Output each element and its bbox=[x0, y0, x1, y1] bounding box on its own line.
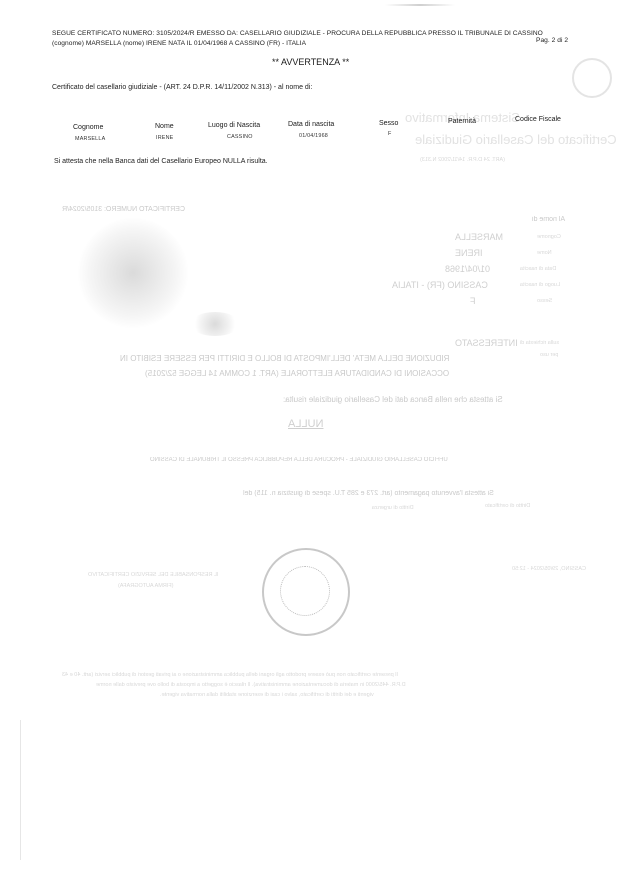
ghost-seal-icon bbox=[262, 548, 350, 636]
ghost-footer-line: Il presente certificato non può essere p… bbox=[62, 672, 398, 678]
column-header-luogo-nascita: Luogo di Nascita bbox=[208, 122, 260, 129]
column-header-nome: Nome bbox=[155, 123, 174, 130]
ghost-signature-speckle bbox=[190, 312, 240, 336]
ghost-fee-a: Diritto di certificato bbox=[485, 503, 530, 509]
ghost-purpose-label: per uso bbox=[540, 352, 558, 358]
column-header-cognome: Cognome bbox=[73, 124, 103, 131]
ghost-signer-line: IL RESPONSABILE DEL SERVIZIO CERTIFICATI… bbox=[88, 572, 218, 578]
scan-edge-line bbox=[20, 720, 21, 860]
ghost-nulla: NULLA bbox=[288, 418, 323, 430]
ghost-purpose-line: OCCASIONI DI CANDIDATURA ELETTORALE (ART… bbox=[145, 369, 449, 378]
ghost-purpose-line: RIDUZIONE DELLA META' DELL'IMPOSTA DI BO… bbox=[120, 354, 449, 363]
ghost-field-value: IRENE bbox=[455, 248, 483, 258]
ghost-usage-value: INTERESSATO bbox=[455, 338, 518, 348]
ghost-field-label: Luogo di nascita bbox=[520, 282, 560, 288]
ghost-attest-line: Si attesta che nella Banca dati del Case… bbox=[283, 395, 503, 404]
column-header-codice-fiscale: Codice Fiscale bbox=[515, 116, 561, 123]
ghost-emblem-icon bbox=[572, 58, 612, 98]
ghost-footer-line: D.P.R. 445/2000 in materia di documentaz… bbox=[96, 682, 406, 688]
ghost-cert-number: CERTIFICATO NUMERO: 3105/2024/R bbox=[62, 206, 185, 213]
ghost-fee-b: Diritto di urgenza bbox=[372, 505, 414, 511]
ghost-fee-line: Si attesta l'avvenuto pagamento (art. 27… bbox=[243, 490, 494, 497]
ghost-watermark-art: (ART. 24 D.P.R. 14/11/2002 N.313) bbox=[420, 157, 505, 163]
header-line-person: (cognome) MARSELLA (nome) IRENE NATA IL … bbox=[52, 40, 306, 47]
attestation-text: Si attesta che nella Banca dati del Case… bbox=[54, 158, 268, 165]
ghost-field-value: CASSINO (FR) - ITALIA bbox=[392, 280, 488, 290]
cell-nome: IRENE bbox=[156, 135, 173, 141]
ghost-field-label: Nome bbox=[537, 250, 552, 256]
ghost-footer-line: vigenti e dei diritti di certificato, sa… bbox=[160, 692, 374, 698]
cell-data-nascita: 01/04/1968 bbox=[299, 133, 328, 139]
ghost-field-value: MARSELLA bbox=[455, 232, 503, 242]
ghost-al-nome-di: Al nome di bbox=[532, 216, 565, 223]
column-header-data-nascita: Data di nascita bbox=[288, 121, 334, 128]
cell-sesso: F bbox=[388, 131, 392, 137]
ghost-stamp-speckle bbox=[78, 218, 188, 328]
warning-intro: Certificato del casellario giudiziale - … bbox=[52, 84, 312, 91]
ghost-field-label: Data di nascita bbox=[520, 266, 556, 272]
ghost-office-line: UFFICIO CASELLARIO GIUDIZIALE - PROCURA … bbox=[150, 457, 448, 463]
column-header-paternita: Paternità bbox=[448, 118, 476, 125]
ghost-usage-label: sulla richiesta di bbox=[520, 340, 559, 346]
scan-smudge bbox=[385, 4, 455, 6]
page-number: Pag. 2 di 2 bbox=[536, 37, 568, 44]
ghost-field-value: F bbox=[470, 296, 476, 306]
header-line-certificate: SEGUE CERTIFICATO NUMERO: 3105/2024/R EM… bbox=[52, 30, 543, 37]
warning-title: ** AVVERTENZA ** bbox=[272, 57, 349, 67]
cell-luogo-nascita: CASSINO bbox=[227, 134, 253, 140]
ghost-place-date: CASSINO, 29/05/2024 - 12:50 bbox=[512, 566, 586, 572]
ghost-field-label: Sesso bbox=[537, 298, 552, 304]
ghost-field-value: 01/04/1968 bbox=[445, 264, 490, 274]
ghost-signer-line: (FIRMA AUTOGRAFA) bbox=[118, 583, 174, 589]
column-header-sesso: Sesso bbox=[379, 120, 398, 127]
ghost-field-label: Cognome bbox=[537, 234, 561, 240]
ghost-watermark-subtitle: Certificato del Casellario Giudiziale bbox=[415, 132, 617, 147]
cell-cognome: MARSELLA bbox=[75, 136, 105, 142]
